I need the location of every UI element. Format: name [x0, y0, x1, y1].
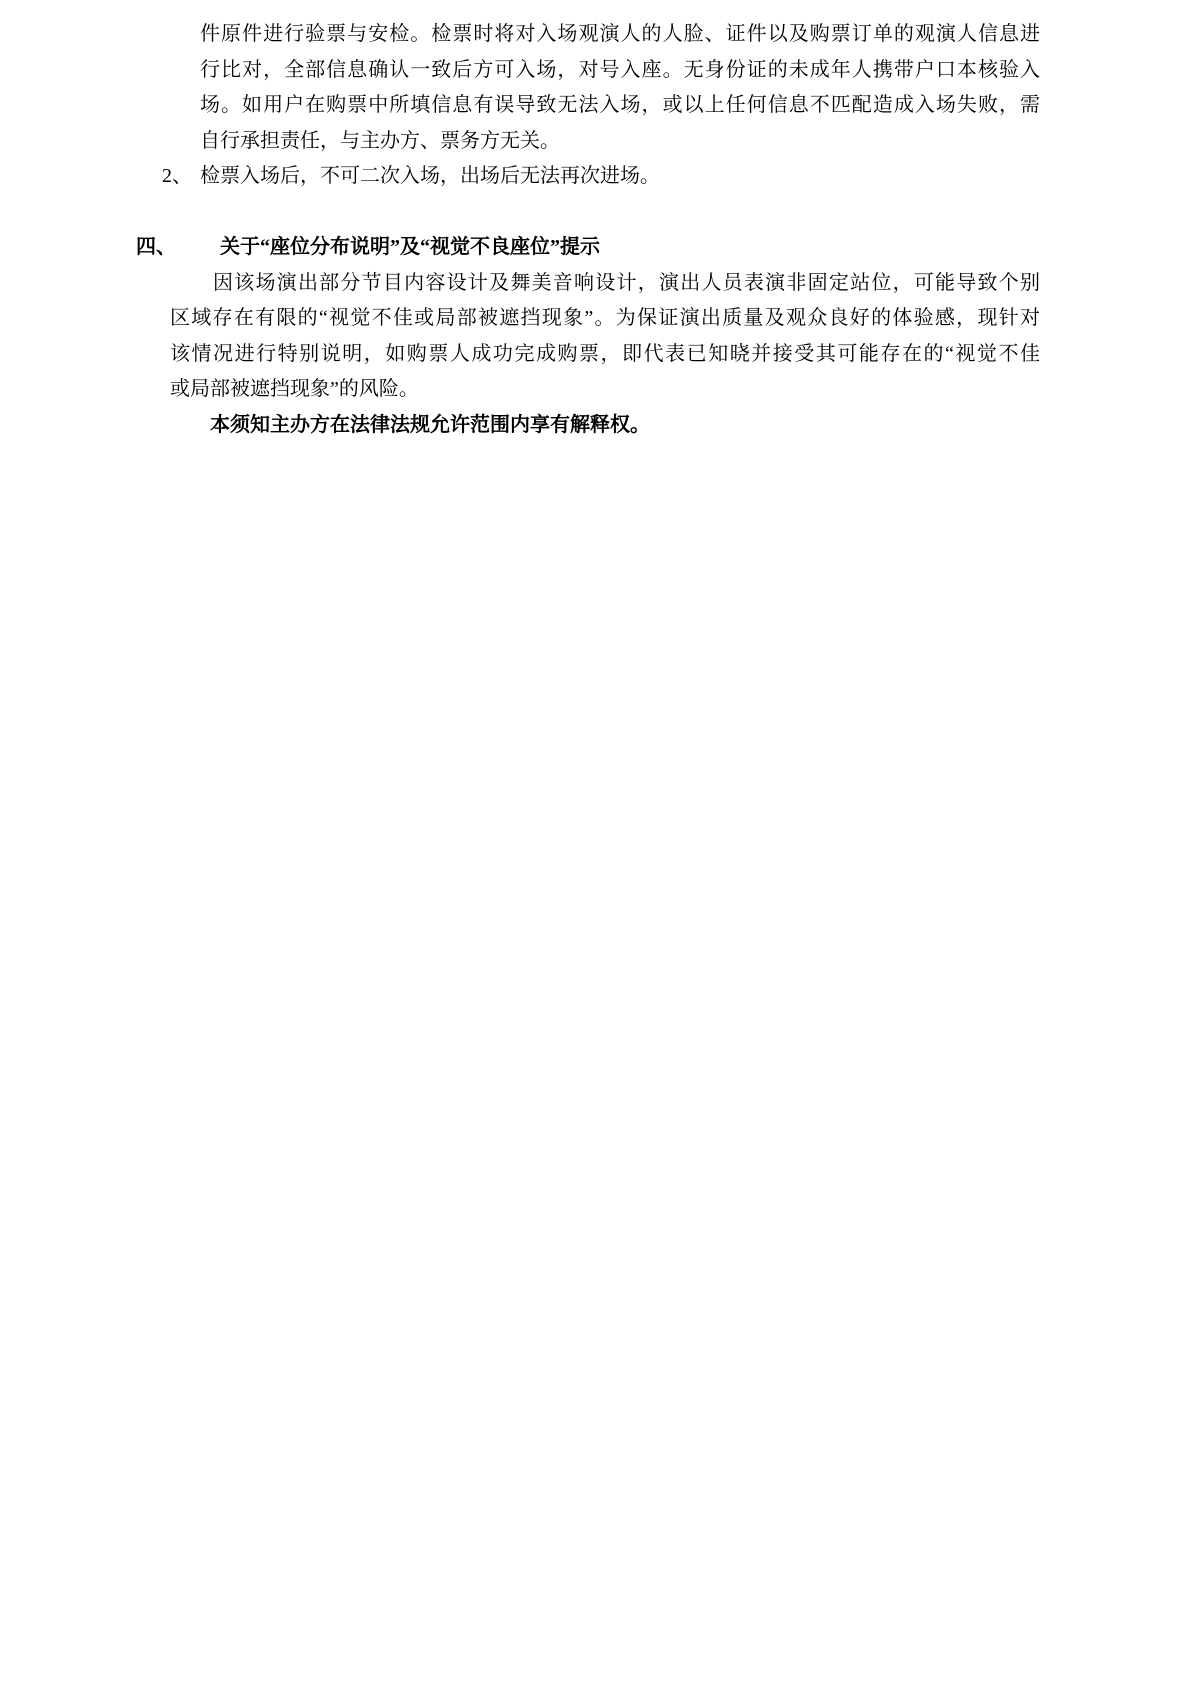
- paragraph-line: 该情况进行特别说明，如购票人成功完成购票，即代表已知晓并接受其可能存在的“视觉不…: [170, 337, 1040, 373]
- closing-statement: 本须知主办方在法律法规允许范围内享有解释权。: [170, 408, 1040, 444]
- paragraph-line: 件原件进行验票与安检。检票时将对入场观演人的人脸、证件以及购票订单的观演人信息进: [200, 17, 1040, 53]
- paragraph-line: 或局部被遮挡现象”的风险。: [170, 372, 1040, 408]
- document-content: 件原件进行验票与安检。检票时将对入场观演人的人脸、证件以及购票订单的观演人信息进…: [0, 0, 1192, 443]
- list-item-2-text: 检票入场后，不可二次入场，出场后无法再次进场。: [200, 165, 660, 187]
- paragraph-line: 区域存在有限的“视觉不佳或局部被遮挡现象”。为保证演出质量及观众良好的体验感，现…: [170, 301, 1040, 337]
- section-4-title: 关于“座位分布说明”及“视觉不良座位”提示: [220, 236, 600, 258]
- paragraph-line: 因该场演出部分节目内容设计及舞美音响设计，演出人员表演非固定站位，可能导致个别: [170, 266, 1040, 302]
- list-item-2: 2、检票入场后，不可二次入场，出场后无法再次进场。: [162, 159, 1192, 195]
- list-item-2-number: 2、: [162, 159, 200, 195]
- section-4-number: 四、: [136, 230, 220, 266]
- section-4-heading: 四、关于“座位分布说明”及“视觉不良座位”提示: [136, 230, 1192, 266]
- paragraph-line: 场。如用户在购票中所填信息有误导致无法入场，或以上任何信息不匹配造成入场失败，需: [200, 88, 1040, 124]
- document-page: 件原件进行验票与安检。检票时将对入场观演人的人脸、证件以及购票订单的观演人信息进…: [0, 0, 1192, 1684]
- paragraph-line: 行比对，全部信息确认一致后方可入场，对号入座。无身份证的未成年人携带户口本核验入: [200, 53, 1040, 89]
- blank-line: [0, 195, 1192, 231]
- paragraph-line: 自行承担责任，与主办方、票务方无关。: [200, 124, 1040, 160]
